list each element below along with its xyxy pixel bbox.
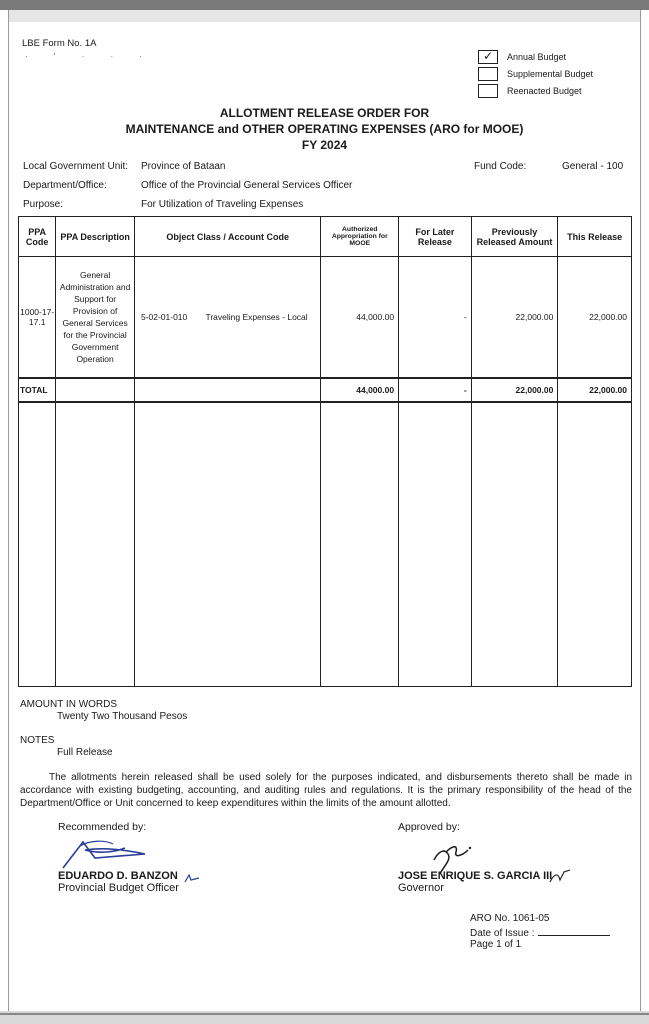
table-row: 1000-17-17.1 General Administration and … (19, 257, 632, 379)
department-label: Department/Office: (23, 180, 107, 191)
table-header-row: PPA Code PPA Description Object Class / … (19, 217, 632, 257)
page-edge-left (8, 10, 9, 1013)
notes-value: Full Release (57, 747, 113, 758)
notes-label: NOTES (20, 735, 54, 746)
allotment-table: PPA Code PPA Description Object Class / … (18, 216, 632, 687)
scan-specks: · ' · · · (25, 52, 154, 61)
fiscal-year: FY 2024 (0, 138, 649, 152)
fund-code-label: Fund Code: (474, 161, 526, 172)
purpose-value: For Utilization of Traveling Expenses (141, 199, 303, 210)
table-blank-area (19, 402, 632, 687)
budget-type-options: ✓ Annual Budget Supplemental Budget Reen… (478, 48, 593, 99)
total-previously-released: 22,000.00 (471, 378, 558, 402)
total-row: TOTAL 44,000.00 - 22,000.00 22,000.00 (19, 378, 632, 402)
amount-in-words-value: Twenty Two Thousand Pesos (57, 711, 187, 722)
annual-budget-checkbox[interactable]: ✓ (478, 50, 498, 64)
header-authorized-appropriation: Authorized Appropriation for MOOE (321, 217, 399, 257)
document-title-line2: MAINTENANCE and OTHER OPERATING EXPENSES… (0, 122, 649, 136)
release-statement: The allotments herein released shall be … (20, 771, 632, 810)
recommended-by-position: Provincial Budget Officer (58, 882, 179, 894)
lgu-value: Province of Bataan (141, 161, 226, 172)
header-this-release: This Release (558, 217, 632, 257)
document-title-line1: ALLOTMENT RELEASE ORDER FOR (0, 106, 649, 120)
budget-option-label: Reenacted Budget (507, 86, 582, 96)
budget-option-label: Annual Budget (507, 52, 566, 62)
purpose-label: Purpose: (23, 199, 63, 210)
header-ppa-code: PPA Code (19, 217, 56, 257)
budget-option-reenacted[interactable]: Reenacted Budget (478, 82, 593, 99)
scan-line-bottom (0, 1013, 649, 1015)
lgu-label: Local Government Unit: (23, 161, 128, 172)
budget-option-supplemental[interactable]: Supplemental Budget (478, 65, 593, 82)
fund-code-value: General - 100 (562, 161, 623, 172)
initial-mark-icon (183, 872, 203, 886)
department-value: Office of the Provincial General Service… (141, 180, 352, 191)
ppa-code-cell: 1000-17-17.1 (19, 257, 56, 379)
header-ppa-description: PPA Description (56, 217, 135, 257)
for-later-release-cell: - (399, 257, 472, 379)
page-number: Page 1 of 1 (470, 939, 521, 950)
recommended-by-name: EDUARDO D. BANZON (58, 870, 178, 882)
budget-officer-signature-icon (55, 832, 155, 872)
reenacted-budget-checkbox[interactable] (478, 84, 498, 98)
aro-number: ARO No. 1061-05 (470, 913, 550, 924)
approved-by-position: Governor (398, 882, 444, 894)
scan-border-top (0, 0, 649, 10)
budget-option-annual[interactable]: ✓ Annual Budget (478, 48, 593, 65)
this-release-cell: 22,000.00 (558, 257, 632, 379)
supplemental-budget-checkbox[interactable] (478, 67, 498, 81)
date-of-issue: Date of Issue : (470, 926, 610, 939)
header-object-class: Object Class / Account Code (134, 217, 321, 257)
header-previously-released: Previously Released Amount (471, 217, 558, 257)
page-edge-right (640, 10, 641, 1013)
approved-by-name: JOSE ENRIQUE S. GARCIA III (398, 870, 552, 882)
budget-option-label: Supplemental Budget (507, 69, 593, 79)
header-for-later-release: For Later Release (399, 217, 472, 257)
date-of-issue-label: Date of Issue : (470, 928, 534, 939)
previously-released-cell: 22,000.00 (471, 257, 558, 379)
account-code: 5-02-01-010 (141, 312, 187, 322)
scan-shadow-top (8, 10, 641, 22)
total-empty (56, 378, 135, 402)
ppa-description-cell: General Administration and Support for P… (56, 257, 135, 379)
check-icon: ✓ (483, 49, 493, 63)
object-class-cell: 5-02-01-010 Traveling Expenses - Local (134, 257, 321, 379)
total-authorized: 44,000.00 (321, 378, 399, 402)
total-this-release: 22,000.00 (558, 378, 632, 402)
approved-by-label: Approved by: (398, 821, 460, 833)
total-empty (134, 378, 321, 402)
amount-in-words-label: AMOUNT IN WORDS (20, 699, 117, 710)
account-name: Traveling Expenses - Local (205, 312, 307, 322)
authorized-cell: 44,000.00 (321, 257, 399, 379)
total-for-later-release: - (399, 378, 472, 402)
form-number: LBE Form No. 1A (22, 38, 96, 49)
total-label: TOTAL (19, 378, 56, 402)
date-of-issue-blank (538, 926, 610, 936)
